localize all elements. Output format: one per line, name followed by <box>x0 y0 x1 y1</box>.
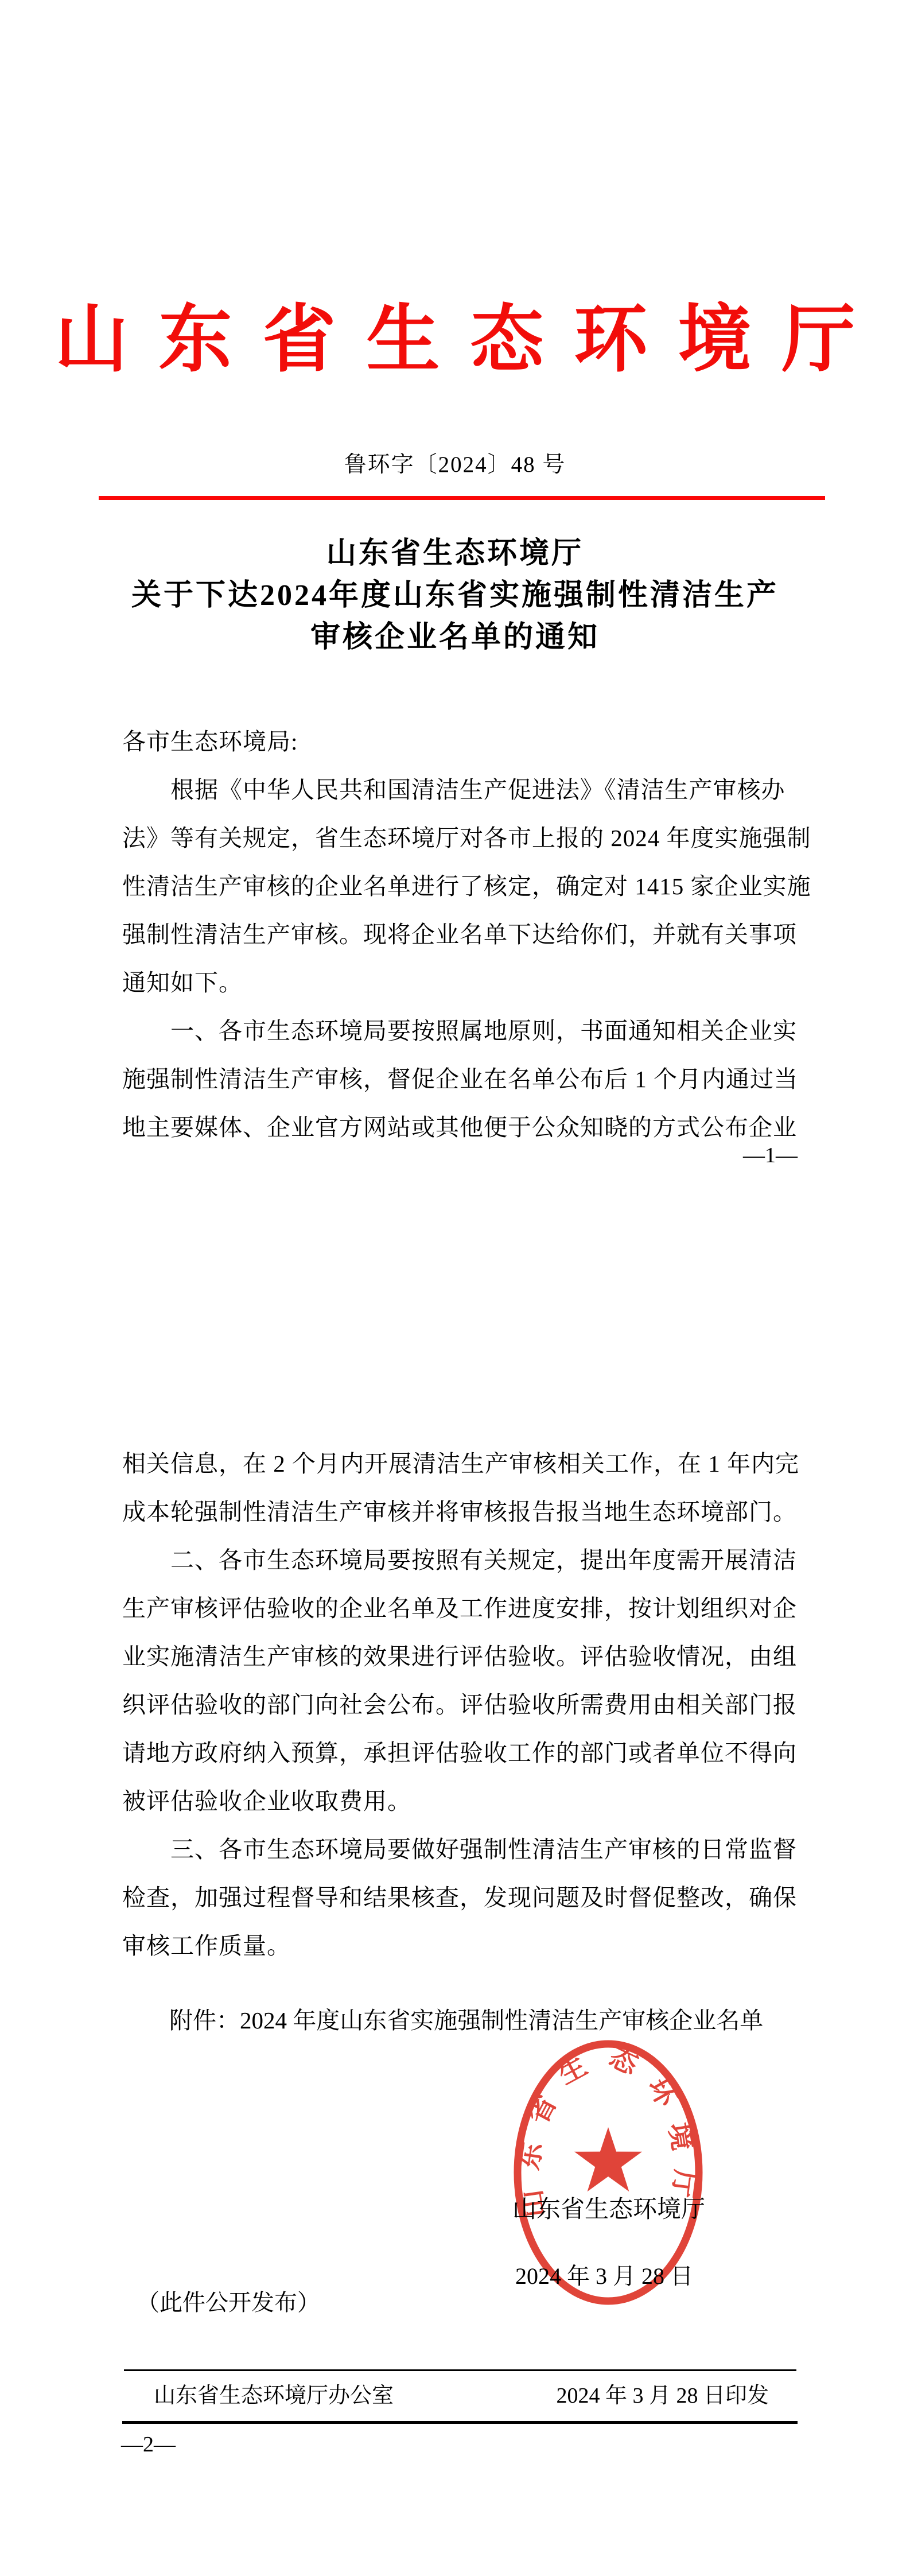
body-line: 成本轮强制性清洁生产审核并将审核报告报当地生态环境部门。 <box>122 1488 799 1536</box>
signature-agency: 山东省生态环境厅 <box>510 2195 708 2225</box>
body-line: 施强制性清洁生产审核，督促企业在名单公布后 1 个月内通过当 <box>122 1055 799 1103</box>
doc-title-line: 山东省生态环境厅 <box>0 533 910 575</box>
body-line: 审核工作质量。 <box>122 1922 799 1970</box>
issue-date: 2024 年 3 月 28 日 <box>510 2261 699 2291</box>
body-line: 生产审核评估验收的企业名单及工作进度安排，按计划组织对企 <box>122 1584 799 1632</box>
official-document-page: 山东省生态环境厅 鲁环字〔2024〕48 号 山东省生态环境厅关于下达2024年… <box>0 0 910 2576</box>
body-line: 被评估验收企业收取费用。 <box>122 1777 799 1825</box>
footer-bottom-rule <box>122 2421 798 2424</box>
body-line: 三、各市生态环境局要做好强制性清洁生产审核的日常监督 <box>122 1825 799 1873</box>
seal-rim-text-holder: 山东省生态环境厅 <box>514 2042 701 2220</box>
red-separator-rule <box>99 496 825 500</box>
agency-banner: 山东省生态环境厅 <box>0 280 910 386</box>
body-page2: 相关信息，在 2 个月内开展清洁生产审核相关工作，在 1 年内完成本轮强制性清洁… <box>122 1440 799 1970</box>
body-line: 二、各市生态环境局要按照有关规定，提出年度需开展清洁 <box>122 1536 799 1584</box>
public-release-note: （此件公开发布） <box>137 2288 320 2318</box>
footer-row: 山东省生态环境厅办公室 2024 年 3 月 28 日印发 <box>154 2382 769 2410</box>
body-line: 业实施清洁生产审核的效果进行评估验收。评估验收情况，由组 <box>122 1632 799 1681</box>
seal-star <box>574 2127 642 2191</box>
doc-title-line: 关于下达2024年度山东省实施强制性清洁生产 <box>0 575 910 616</box>
body-line: 各市生态环境局: <box>122 717 799 766</box>
doc-title: 山东省生态环境厅关于下达2024年度山东省实施强制性清洁生产审核企业名单的通知 <box>0 533 910 658</box>
footer-top-rule <box>124 2369 796 2371</box>
footer-print-date: 2024 年 3 月 28 日印发 <box>556 2382 769 2410</box>
body-line: 法》等有关规定，省生态环境厅对各市上报的 2024 年度实施强制 <box>122 814 799 862</box>
page-number-2: —2— <box>121 2433 176 2457</box>
body-line: 检查，加强过程督导和结果核查，发现问题及时督促整改，确保 <box>122 1873 799 1922</box>
body-line: 性清洁生产审核的企业名单进行了核定，确定对 1415 家企业实施 <box>122 862 799 910</box>
body-line: 一、各市生态环境局要按照属地原则，书面通知相关企业实 <box>122 1007 799 1055</box>
doc-number: 鲁环字〔2024〕48 号 <box>0 447 910 479</box>
body-page1: 各市生态环境局: 根据《中华人民共和国清洁生产促进法》《清洁生产审核办法》等有关… <box>122 717 799 1151</box>
page-number-1: —1— <box>683 1143 798 1167</box>
body-line: 通知如下。 <box>122 959 799 1007</box>
doc-title-line: 审核企业名单的通知 <box>0 616 910 658</box>
body-line: 相关信息，在 2 个月内开展清洁生产审核相关工作，在 1 年内完 <box>122 1440 799 1488</box>
body-line: 强制性清洁生产审核。现将企业名单下达给你们，并就有关事项 <box>122 910 799 959</box>
seal-rim-text: 山东省生态环境厅 <box>514 2042 701 2220</box>
body-line: 根据《中华人民共和国清洁生产促进法》《清洁生产审核办 <box>122 766 799 814</box>
footer-office: 山东省生态环境厅办公室 <box>154 2382 394 2410</box>
body-line: 织评估验收的部门向社会公布。评估验收所需费用由相关部门报 <box>122 1681 799 1729</box>
body-line: 请地方政府纳入预算，承担评估验收工作的部门或者单位不得向 <box>122 1729 799 1777</box>
